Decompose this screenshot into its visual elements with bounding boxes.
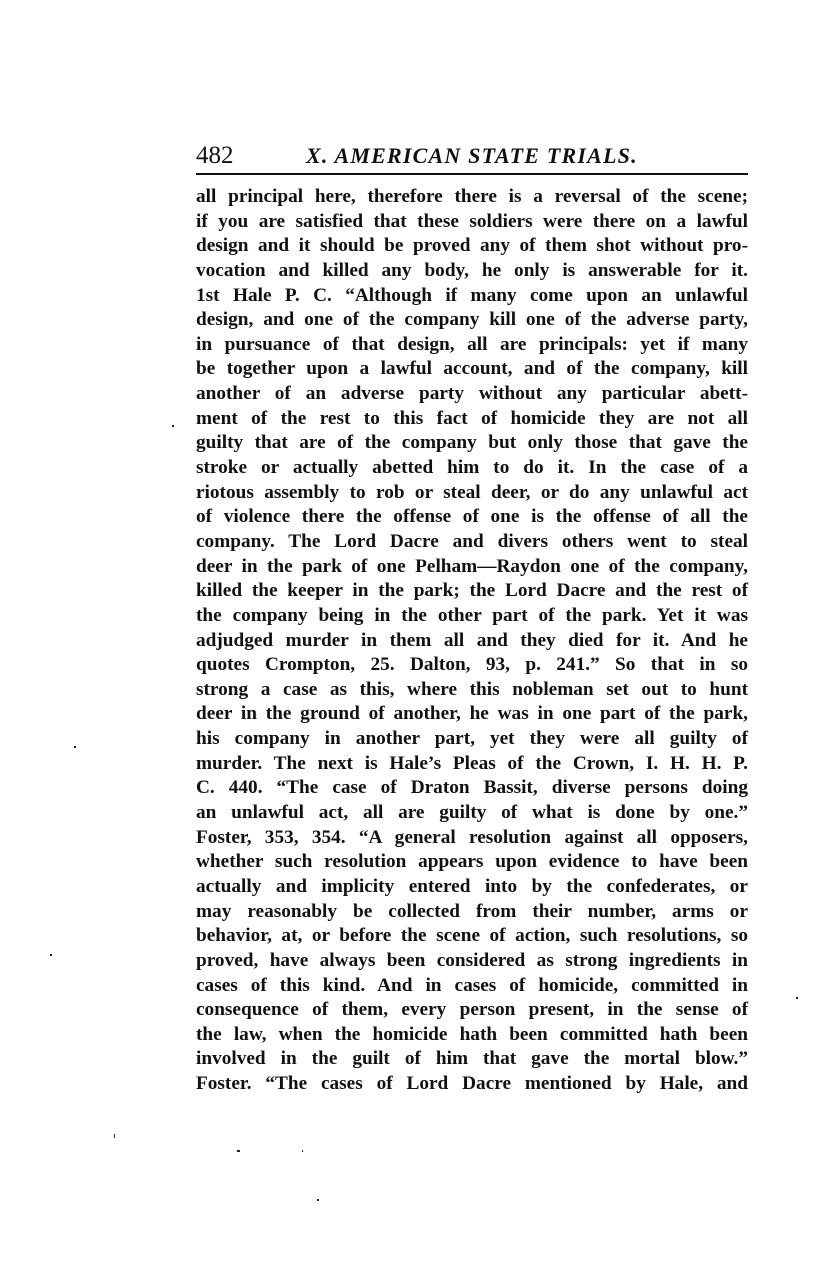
scan-speck bbox=[74, 746, 76, 748]
text-line: adjudged murder in them all and they die… bbox=[196, 629, 748, 654]
text-line: C. 440. “The case of Draton Bassit, dive… bbox=[196, 776, 748, 801]
text-line: proved, have always been considered as s… bbox=[196, 949, 748, 974]
scan-speck bbox=[50, 954, 52, 956]
text-line: behavior, at, or before the scene of act… bbox=[196, 924, 748, 949]
text-line: an unlawful act, all are guilty of what … bbox=[196, 801, 748, 826]
body-text: all principal here, therefore there is a… bbox=[196, 185, 748, 1097]
text-line: guilty that are of the company but only … bbox=[196, 431, 748, 456]
text-line: involved in the guilt of him that gave t… bbox=[196, 1047, 748, 1072]
text-line: the law, when the homicide hath been com… bbox=[196, 1023, 748, 1048]
page-number: 482 bbox=[196, 140, 234, 172]
text-line: if you are satisfied that these soldiers… bbox=[196, 210, 748, 235]
text-line: in pursuance of that design, all are pri… bbox=[196, 333, 748, 358]
text-line: whether such resolution appears upon evi… bbox=[196, 850, 748, 875]
text-line: ment of the rest to this fact of homicid… bbox=[196, 407, 748, 432]
text-line: company. The Lord Dacre and divers other… bbox=[196, 530, 748, 555]
scan-speck bbox=[172, 425, 174, 427]
text-line: riotous assembly to rob or steal deer, o… bbox=[196, 481, 748, 506]
text-line: stroke or actually abetted him to do it.… bbox=[196, 456, 748, 481]
scan-speck bbox=[114, 1134, 115, 1138]
text-line: killed the keeper in the park; the Lord … bbox=[196, 579, 748, 604]
text-line: deer in the park of one Pelham—Raydon on… bbox=[196, 555, 748, 580]
text-line: cases of this kind. And in cases of homi… bbox=[196, 974, 748, 999]
scan-speck bbox=[317, 1199, 319, 1201]
scan-speck bbox=[237, 1150, 240, 1152]
text-line: his company in another part, yet they we… bbox=[196, 727, 748, 752]
text-line: all principal here, therefore there is a… bbox=[196, 185, 748, 210]
text-line: consequence of them, every person presen… bbox=[196, 998, 748, 1023]
text-line: quotes Crompton, 25. Dalton, 93, p. 241.… bbox=[196, 653, 748, 678]
text-line: Foster. “The cases of Lord Dacre mention… bbox=[196, 1072, 748, 1097]
text-line: Foster, 353, 354. “A general resolution … bbox=[196, 826, 748, 851]
text-line: actually and implicity entered into by t… bbox=[196, 875, 748, 900]
scan-speck bbox=[796, 997, 798, 999]
text-line: murder. The next is Hale’s Pleas of the … bbox=[196, 752, 748, 777]
text-line: deer in the ground of another, he was in… bbox=[196, 702, 748, 727]
text-line: vocation and killed any body, he only is… bbox=[196, 259, 748, 284]
text-line: design, and one of the company kill one … bbox=[196, 308, 748, 333]
text-line: the company being in the other part of t… bbox=[196, 604, 748, 629]
text-line: of violence there the offense of one is … bbox=[196, 505, 748, 530]
text-line: another of an adverse party without any … bbox=[196, 382, 748, 407]
text-line: be together upon a lawful account, and o… bbox=[196, 357, 748, 382]
text-line: design and it should be proved any of th… bbox=[196, 234, 748, 259]
scan-speck bbox=[302, 1150, 303, 1152]
page-header: 482 X. AMERICAN STATE TRIALS. bbox=[196, 140, 748, 172]
text-line: may reasonably be collected from their n… bbox=[196, 900, 748, 925]
running-title: X. AMERICAN STATE TRIALS. bbox=[306, 140, 638, 172]
header-rule bbox=[196, 173, 748, 175]
text-line: 1st Hale P. C. “Although if many come up… bbox=[196, 284, 748, 309]
text-line: strong a case as this, where this noblem… bbox=[196, 678, 748, 703]
